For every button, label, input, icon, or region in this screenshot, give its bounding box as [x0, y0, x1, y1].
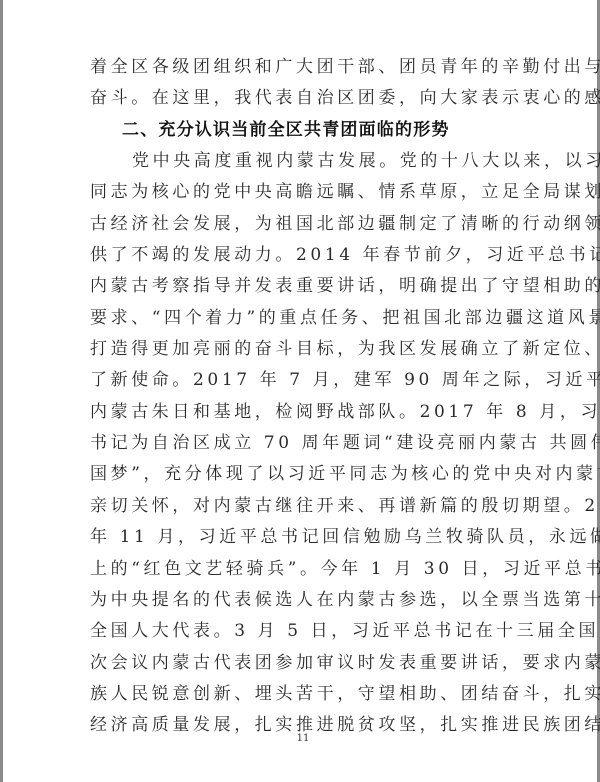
body-line: 要求、“四个着力”的重点任务、把祖国北部边疆这道风景线: [90, 303, 520, 334]
body-line: 次会议内蒙古代表团参加审议时发表重要讲话，要求内蒙古各: [90, 648, 520, 679]
body-line: 为中央提名的代表候选人在内蒙古参选，以全票当选第十三届: [90, 585, 520, 616]
document-page: 着全区各级团组织和广大团干部、团员青年的辛勤付出与艰苦 奋斗。在这里，我代表自治…: [0, 0, 600, 782]
body-line: 亲切关怀，对内蒙古继往开来、再谱新篇的殷切期望。2017: [90, 491, 520, 522]
body-line: 上的“红色文艺轻骑兵”。今年 1 月 30 日，习近平总书记作: [90, 554, 520, 585]
body-line: 全国人大代表。3 月 5 日，习近平总书记在十三届全国人大一: [90, 616, 520, 647]
body-line: 书记为自治区成立 70 周年题词“建设亮丽内蒙古 共圆伟大中: [90, 428, 520, 459]
body-line: 打造得更加亮丽的奋斗目标，为我区发展确立了新定位、赋予: [90, 334, 520, 365]
body-line: 内蒙古朱日和基地，检阅野战部队。2017 年 8 月，习近平总: [90, 397, 520, 428]
body-line: 奋斗。在这里，我代表自治区团委，向大家表示衷心的感谢！: [90, 83, 520, 114]
section-heading: 二、充分认识当前全区共青团面临的形势: [90, 115, 520, 146]
paragraph-first-line: 党中央高度重视内蒙古发展。党的十八大以来，以习近平: [90, 146, 520, 177]
body-line: 同志为核心的党中央高瞻远瞩、情系草原，立足全局谋划内蒙: [90, 177, 520, 208]
body-line: 古经济社会发展，为祖国北部边疆制定了清晰的行动纲领、提: [90, 209, 520, 240]
body-line: 了新使命。2017 年 7 月，建军 90 周年之际，习近平总书记在: [90, 365, 520, 396]
body-line: 供了不竭的发展动力。2014 年春节前夕，习近平总书记亲临: [90, 240, 520, 271]
document-body: 着全区各级团组织和广大团干部、团员青年的辛勤付出与艰苦 奋斗。在这里，我代表自治…: [90, 52, 520, 742]
body-line: 国梦”，充分体现了以习近平同志为核心的党中央对内蒙古的: [90, 459, 520, 490]
body-line: 年 11 月，习近平总书记回信勉励乌兰牧骑队员，永远做草原: [90, 522, 520, 553]
body-line: 族人民锐意创新、埋头苦干，守望相助、团结奋斗，扎实推动: [90, 679, 520, 710]
body-line: 着全区各级团组织和广大团干部、团员青年的辛勤付出与艰苦: [90, 52, 520, 83]
page-number: 11: [3, 733, 600, 744]
body-line: 内蒙古考察指导并发表重要讲话，明确提出了守望相助的重要: [90, 271, 520, 302]
